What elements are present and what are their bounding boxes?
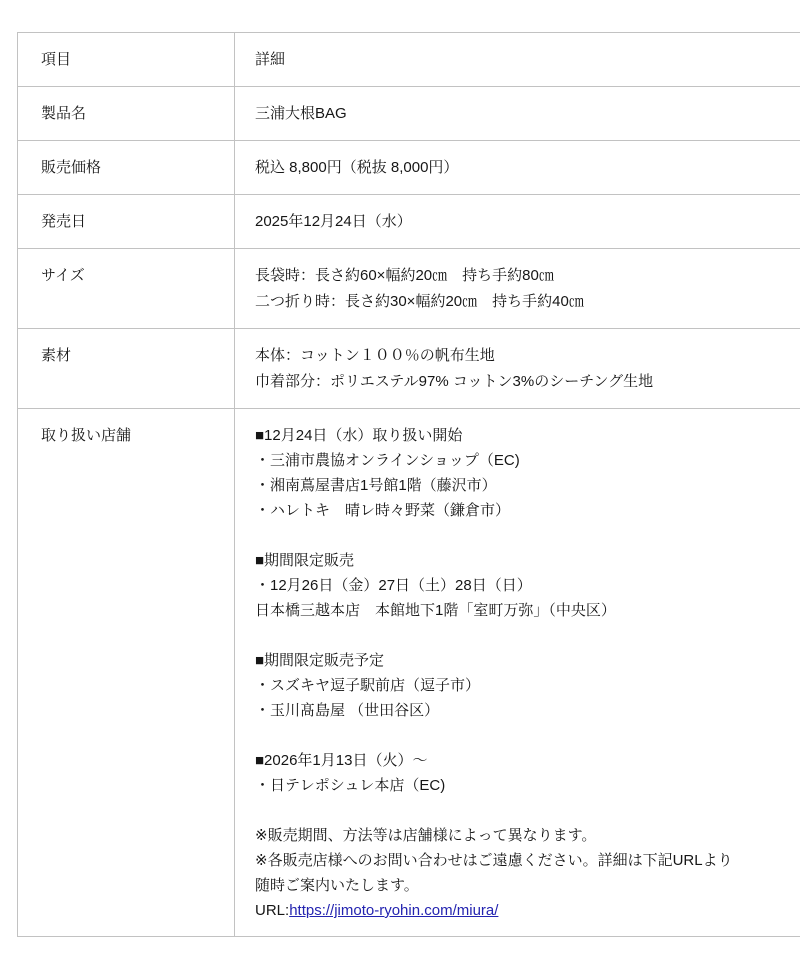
row-label-cell: 販売価格: [18, 141, 235, 195]
detail-line-store-item: ・12月26日（金）27日（土）28日（日）: [255, 573, 800, 598]
detail-line: 本体：コットン１００％の帆布生地: [255, 343, 800, 369]
store-section: ■期間限定販売・12月26日（金）27日（土）28日（日）日本橋三越本店 本館地…: [255, 548, 800, 623]
row-detail-cell-stores: ■12月24日（水）取り扱い開始・三浦市農協オンラインショップ（EC)・湘南蔦屋…: [235, 409, 800, 937]
detail-line-store-item: ・湘南蔦屋書店1号館1階（藤沢市）: [255, 473, 800, 498]
detail-line: 税込 8,800円（税抜 8,000円）: [255, 155, 800, 181]
store-info-url-link[interactable]: https://jimoto-ryohin.com/miura/: [289, 902, 498, 919]
table-row: 発売日2025年12月24日（水）: [18, 195, 800, 249]
detail-line-heading: ■12月24日（水）取り扱い開始: [255, 423, 800, 448]
header-cell-detail: 詳細: [235, 33, 800, 87]
detail-line: 二つ折り時：長さ約30×幅約20㎝ 持ち手約40㎝: [255, 289, 800, 315]
product-spec-table: 項目 詳細 製品名三浦大根BAG販売価格税込 8,800円（税抜 8,000円）…: [17, 32, 800, 937]
detail-line: 長袋時：長さ約60×幅約20㎝ 持ち手約80㎝: [255, 263, 800, 289]
table-row: サイズ長袋時：長さ約60×幅約20㎝ 持ち手約80㎝二つ折り時：長さ約30×幅約…: [18, 249, 800, 329]
detail-line-store-item: 日本橋三越本店 本館地下1階「室町万弥」（中央区）: [255, 598, 800, 623]
product-spec-page: 項目 詳細 製品名三浦大根BAG販売価格税込 8,800円（税抜 8,000円）…: [0, 0, 800, 964]
detail-line: 三浦大根BAG: [255, 101, 800, 127]
row-label-cell: 製品名: [18, 87, 235, 141]
store-notes: ※販売期間、方法等は店舗様によって異なります。※各販売店様へのお問い合わせはご遠…: [255, 823, 800, 923]
table-row: 素材本体：コットン１００％の帆布生地巾着部分：ポリエステル97% コットン3%の…: [18, 329, 800, 409]
detail-line-store-item: ・三浦市農協オンラインショップ（EC): [255, 448, 800, 473]
detail-line-store-item: ・日テレポシュレ本店（EC): [255, 773, 800, 798]
product-spec-table-body: 項目 詳細 製品名三浦大根BAG販売価格税込 8,800円（税抜 8,000円）…: [18, 33, 800, 937]
detail-line: 2025年12月24日（水）: [255, 209, 800, 235]
url-line: URL:https://jimoto-ryohin.com/miura/: [255, 898, 800, 923]
detail-line-heading: ■2026年1月13日（火）～: [255, 748, 800, 773]
store-section: ■期間限定販売予定・スズキヤ逗子駅前店（逗子市）・玉川髙島屋 （世田谷区）: [255, 648, 800, 723]
row-detail-cell: 2025年12月24日（水）: [235, 195, 800, 249]
header-cell-item: 項目: [18, 33, 235, 87]
store-section: ■2026年1月13日（火）～・日テレポシュレ本店（EC): [255, 748, 800, 798]
detail-line-store-item: ・玉川髙島屋 （世田谷区）: [255, 698, 800, 723]
detail-line-heading: ■期間限定販売予定: [255, 648, 800, 673]
detail-line-note: ※販売期間、方法等は店舗様によって異なります。: [255, 823, 800, 848]
store-section: ■12月24日（水）取り扱い開始・三浦市農協オンラインショップ（EC)・湘南蔦屋…: [255, 423, 800, 523]
detail-line-note: ※各販売店様へのお問い合わせはご遠慮ください。詳細は下記URLより: [255, 848, 800, 873]
detail-line: 巾着部分：ポリエステル97% コットン3%のシーチング生地: [255, 369, 800, 395]
row-label-cell: 取り扱い店舗: [18, 409, 235, 937]
row-detail-cell: 三浦大根BAG: [235, 87, 800, 141]
table-header-row: 項目 詳細: [18, 33, 800, 87]
row-label-cell: 発売日: [18, 195, 235, 249]
table-row-stores: 取り扱い店舗■12月24日（水）取り扱い開始・三浦市農協オンラインショップ（EC…: [18, 409, 800, 937]
table-row: 製品名三浦大根BAG: [18, 87, 800, 141]
detail-line-note: 随時ご案内いたします。: [255, 873, 800, 898]
row-label-cell: 素材: [18, 329, 235, 409]
detail-line-store-item: ・スズキヤ逗子駅前店（逗子市）: [255, 673, 800, 698]
url-prefix: URL:: [255, 902, 289, 919]
row-label-cell: サイズ: [18, 249, 235, 329]
detail-line-heading: ■期間限定販売: [255, 548, 800, 573]
row-detail-cell: 本体：コットン１００％の帆布生地巾着部分：ポリエステル97% コットン3%のシー…: [235, 329, 800, 409]
row-detail-cell: 長袋時：長さ約60×幅約20㎝ 持ち手約80㎝二つ折り時：長さ約30×幅約20㎝…: [235, 249, 800, 329]
table-row: 販売価格税込 8,800円（税抜 8,000円）: [18, 141, 800, 195]
detail-line-store-item: ・ハレトキ 晴レ時々野菜（鎌倉市）: [255, 498, 800, 523]
row-detail-cell: 税込 8,800円（税抜 8,000円）: [235, 141, 800, 195]
